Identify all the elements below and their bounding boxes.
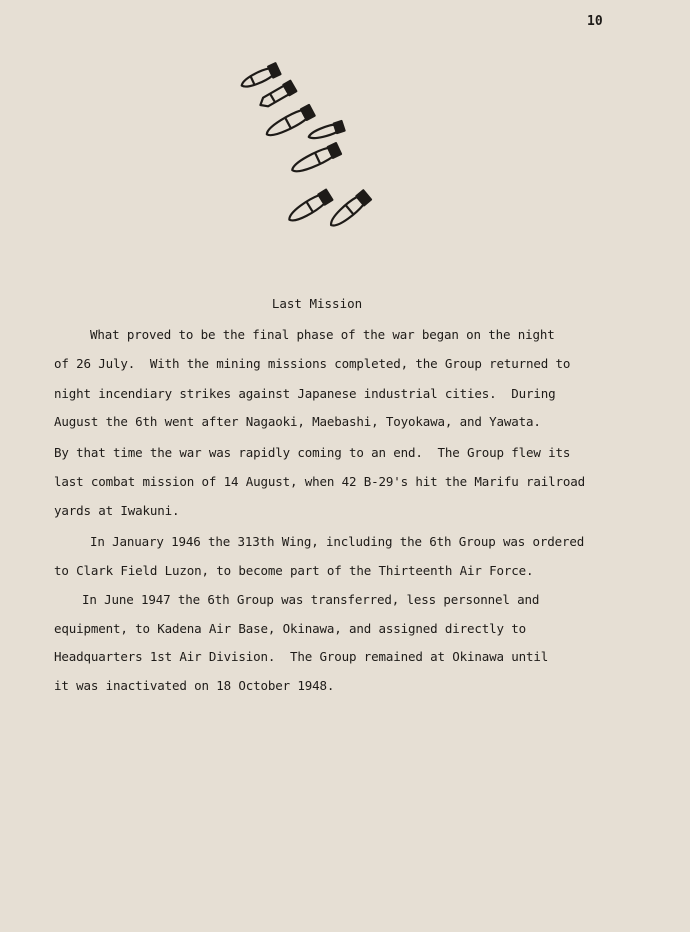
paragraph-line: night incendiary strikes against Japanes… [54, 386, 556, 401]
paragraph-line: yards at Iwakuni. [54, 503, 179, 518]
paragraph-line: What proved to be the final phase of the… [90, 327, 555, 342]
paragraph-line: last combat mission of 14 August, when 4… [54, 474, 585, 489]
page-number: 10 [587, 14, 603, 29]
section-title: Last Mission [0, 296, 634, 311]
paragraph-line: In January 1946 the 313th Wing, includin… [90, 534, 584, 549]
paragraph-line: By that time the war was rapidly coming … [54, 445, 570, 460]
paragraph-line: August the 6th went after Nagaoki, Maeba… [54, 414, 541, 429]
paragraph-line: equipment, to Kadena Air Base, Okinawa, … [54, 621, 526, 636]
paragraph-line: of 26 July. With the mining missions com… [54, 356, 570, 371]
paragraph-line: Headquarters 1st Air Division. The Group… [54, 649, 548, 664]
paragraph-line: to Clark Field Luzon, to become part of … [54, 563, 533, 578]
falling-bombs-icon [236, 56, 396, 246]
paragraph-line: In June 1947 the 6th Group was transferr… [82, 592, 539, 607]
paragraph-line: it was inactivated on 18 October 1948. [54, 678, 334, 693]
